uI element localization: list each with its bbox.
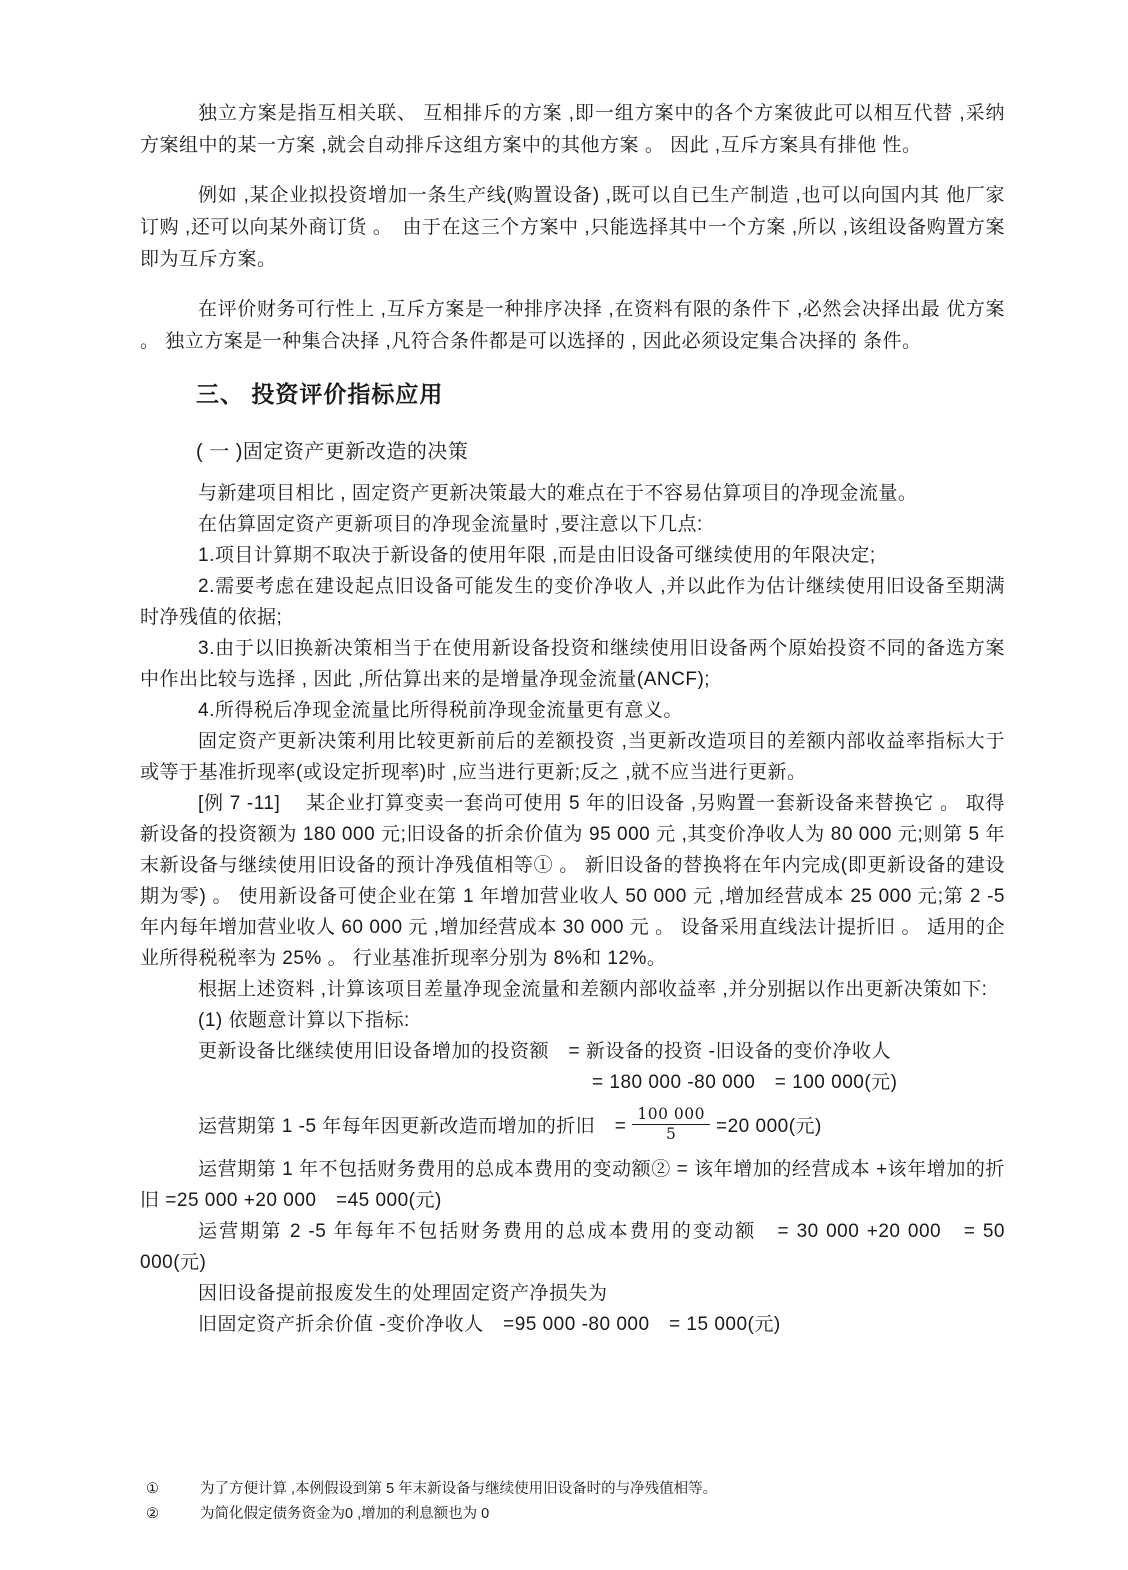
footnotes: ① 为了方便计算 ,本例假设到第 5 年末新设备与继续使用旧设备时的与净残值相等… — [146, 1477, 996, 1527]
paragraph-financial-feasibility: 在评价财务可行性上 ,互斥方案是一种排序决择 ,在资料有限的条件下 ,必然会决择… — [140, 294, 1005, 358]
step1-label: (1) 依题意计算以下指标: — [140, 1005, 1005, 1036]
paragraph-example-7-11: [例 7 -11] 某企业打算变卖一套尚可使用 5 年的旧设备 ,另购置一套新设… — [140, 788, 1005, 974]
equation-depreciation: 运营期第 1 -5 年每年因更新改造而增加的折旧 =100 0005=20 00… — [140, 1102, 1005, 1152]
paragraph-task: 根据上述资料 ,计算该项目差量净现金流量和差额内部收益率 ,并分别据以作出更新决… — [140, 974, 1005, 1005]
fraction: 100 0005 — [632, 1106, 710, 1145]
footnote-1: ① 为了方便计算 ,本例假设到第 5 年末新设备与继续使用旧设备时的与净残值相等… — [146, 1477, 996, 1502]
footnote-2-text: 为简化假定债务资金为0 ,增加的利息额也为 0 — [200, 1502, 996, 1527]
paragraph-year2to5-cost: 运营期第 2 -5 年每年不包括财务费用的总成本费用的变动额 = 30 000 … — [140, 1216, 1005, 1278]
paragraph-year1-cost: 运营期第 1 年不包括财务费用的总成本费用的变动额② = 该年增加的经营成本 +… — [140, 1154, 1005, 1216]
equation-investment-line2: = 180 000 -80 000 = 100 000(元) — [140, 1067, 1005, 1098]
paragraph-loss-intro: 因旧设备提前报废发生的处理固定资产净损失为 — [140, 1278, 1005, 1309]
note-item-3: 3.由于以旧换新决策相当于在使用新设备投资和继续使用旧设备两个原始投资不同的备选… — [140, 633, 1005, 695]
document-page: 独立方案是指互相关联、 互相排斥的方案 ,即一组方案中的各个方案彼此可以相互代替… — [0, 0, 1128, 1570]
paragraph-estimate-intro: 在估算固定资产更新项目的净现金流量时 ,要注意以下几点: — [140, 509, 1005, 540]
equation-depreciation-prefix: 运营期第 1 -5 年每年因更新改造而增加的折旧 = — [198, 1116, 626, 1137]
equation-depreciation-result: =20 000(元) — [716, 1116, 822, 1137]
note-item-4: 4.所得税后净现金流量比所得税前净现金流量更有意义。 — [140, 695, 1005, 726]
paragraph-production-line-example: 例如 ,某企业拟投资增加一条生产线(购置设备) ,既可以自已生产制造 ,也可以向… — [140, 180, 1005, 276]
equation-investment-line1: 更新设备比继续使用旧设备增加的投资额 = 新设备的投资 -旧设备的变价净收人 — [140, 1036, 1005, 1067]
fraction-denominator: 5 — [632, 1125, 710, 1144]
note-item-2: 2.需要考虑在建设起点旧设备可能发生的变价净收人 ,并以此作为估计继续使用旧设备… — [140, 571, 1005, 633]
section-heading: 三、 投资评价指标应用 — [140, 376, 1005, 409]
equation-loss: 旧固定资产折余价值 -变价净收人 =95 000 -80 000 = 15 00… — [140, 1309, 1005, 1340]
note-item-1: 1.项目计算期不取决于新设备的使用年限 ,而是由旧设备可继续使用的年限决定; — [140, 540, 1005, 571]
fraction-numerator: 100 000 — [632, 1106, 710, 1126]
footnote-1-text: 为了方便计算 ,本例假设到第 5 年末新设备与继续使用旧设备时的与净残值相等。 — [200, 1477, 996, 1502]
subsection-heading: ( 一 )固定资产更新改造的决策 — [140, 435, 1005, 464]
footnote-1-marker: ① — [146, 1477, 200, 1502]
footnote-2-marker: ② — [146, 1502, 200, 1527]
paragraph-independent-schemes: 独立方案是指互相关联、 互相排斥的方案 ,即一组方案中的各个方案彼此可以相互代替… — [140, 98, 1005, 162]
paragraph-update-rule: 固定资产更新决策利用比较更新前后的差额投资 ,当更新改造项目的差额内部收益率指标… — [140, 726, 1005, 788]
footnote-2: ② 为简化假定债务资金为0 ,增加的利息额也为 0 — [146, 1502, 996, 1527]
document-content: 独立方案是指互相关联、 互相排斥的方案 ,即一组方案中的各个方案彼此可以相互代替… — [140, 98, 1005, 1340]
paragraph-compare-new-project: 与新建项目相比 , 固定资产更新决策最大的难点在于不容易估算项目的净现金流量。 — [140, 478, 1005, 509]
